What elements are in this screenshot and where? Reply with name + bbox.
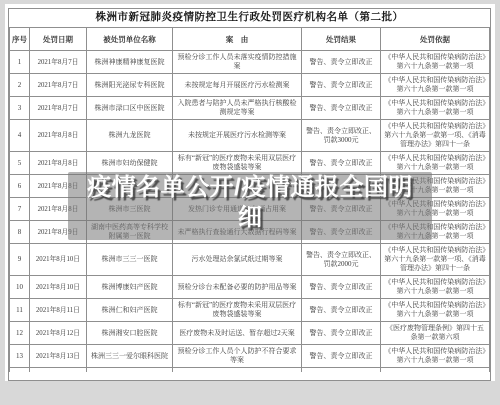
cell-date: 2021年8月12日 [30, 322, 87, 345]
cell-basis: 《中华人民共和国传染病防治法》第六十九条第一款第一项、《消毒管理办法》第四十一条 [381, 244, 490, 276]
cell-date: 2021年8月8日 [30, 198, 87, 221]
cell-date: 2021年8月7日 [30, 97, 87, 120]
cell-unit: 株洲市妇幼保健院 [87, 152, 173, 175]
cell-no: 1 [10, 51, 30, 74]
cell-empty [302, 368, 381, 373]
cell-case: 预检分诊台未配备必要的防护用品等案 [173, 276, 302, 299]
cell-date: 2021年8月8日 [30, 175, 87, 198]
table-row: 52021年8月8日株洲市妇幼保健院标有“新冠”的医疗废物未采用双层医疗废物袋盛… [10, 152, 490, 175]
cell-date: 2021年8月8日 [30, 152, 87, 175]
penalty-table: 序号处罚日期被处罚单位名称案 由处罚结果处罚依据 12021年8月7日株洲神康精… [9, 27, 490, 372]
cell-case: 标有“新冠”的医疗废物未采用双层医疗废物袋盛装等案 [173, 299, 302, 322]
cell-unit: 株洲市三三一医院 [87, 244, 173, 276]
cell-case: 未按规定开展医疗污水检测等案 [173, 120, 302, 152]
cell-date: 2021年8月10日 [30, 276, 87, 299]
cell-no: 4 [10, 120, 30, 152]
cell-basis: 《医疗废物管理条例》第四十五条第一款第六项 [381, 322, 490, 345]
cell-unit: 株洲市三医院 [87, 198, 173, 221]
cell-date: 2021年8月7日 [30, 74, 87, 97]
table-row: 42021年8月8日株洲九龙医院未按规定开展医疗污水检测等案警告、责令立即改正、… [10, 120, 490, 152]
cell-empty [173, 368, 302, 373]
cell-empty [381, 368, 490, 373]
cell-case: 预检分诊工作人员个人防护不符合要求等案 [173, 345, 302, 368]
table-row: 72021年8月8日株洲市三医院发热门诊专用通道被车辆占用案警告、责令立即改正《… [10, 198, 490, 221]
cell-unit: 湖南中医药高等专科学校附属第一医院 [87, 221, 173, 244]
cell-result: 警告、责令立即改正、罚款2000元 [302, 244, 381, 276]
cell-case: 未按规定每月开展医疗污水检测案 [173, 74, 302, 97]
table-header-row: 序号处罚日期被处罚单位名称案 由处罚结果处罚依据 [10, 28, 490, 51]
cell-no: 9 [10, 244, 30, 276]
cell-no: 11 [10, 299, 30, 322]
cell-result [302, 175, 381, 198]
cell-case [173, 175, 302, 198]
cell-basis: 《中华人民共和国传染病防治法》第六十九条第一款第一项 [381, 152, 490, 175]
cell-result: 警告、责令立即改正、罚款3000元 [302, 120, 381, 152]
cell-result: 警告、责令立即改正 [302, 299, 381, 322]
column-header-date: 处罚日期 [30, 28, 87, 51]
cell-basis: 《中华人民共和国传染病防治法》第六十九条第一款第一项 [381, 299, 490, 322]
cell-result: 警告、责令立即改正 [302, 276, 381, 299]
column-header-unit: 被处罚单位名称 [87, 28, 173, 51]
cell-case: 发热门诊专用通道被车辆占用案 [173, 198, 302, 221]
cell-no: 13 [10, 345, 30, 368]
column-header-no: 序号 [10, 28, 30, 51]
cell-basis: 《中华人民共和国传染病防治法》第六十九条第一款第一项 [381, 175, 490, 198]
cell-unit: 株洲仁和妇产医院 [87, 299, 173, 322]
table-row-stub [10, 368, 490, 373]
table-row: 132021年8月13日株洲三三一爱尔眼科医院预检分诊工作人员个人防护不符合要求… [10, 345, 490, 368]
cell-no: 6 [10, 175, 30, 198]
cell-no: 7 [10, 198, 30, 221]
cell-unit: 株洲三三一爱尔眼科医院 [87, 345, 173, 368]
document-title: 株洲市新冠肺炎疫情防控卫生行政处罚医疗机构名单（第二批） [9, 9, 490, 27]
cell-result: 警告、责令立即改正 [302, 97, 381, 120]
table-row: 102021年8月10日株洲博康妇产医院预检分诊台未配备必要的防护用品等案警告、… [10, 276, 490, 299]
cell-unit: 株洲神康精神康复医院 [87, 51, 173, 74]
table-row: 22021年8月7日株洲阳光泌尿专科医院未按规定每月开展医疗污水检测案警告、责令… [10, 74, 490, 97]
cell-basis: 《中华人民共和国传染病防治法》第六十九条第一款第一项 [381, 345, 490, 368]
cell-basis: 《中华人民共和国传染病防治法》第六十九条第一款第一项 [381, 74, 490, 97]
table-row: 92021年8月10日株洲市三三一医院污水处理站余氯试纸过期等案警告、责令立即改… [10, 244, 490, 276]
cell-basis: 《中华人民共和国传染病防治法》第六十九条第一款第一项 [381, 97, 490, 120]
cell-date: 2021年8月9日 [30, 221, 87, 244]
cell-date: 2021年8月11日 [30, 299, 87, 322]
cell-unit: 株洲市渌口区中医医院 [87, 97, 173, 120]
column-header-basis: 处罚依据 [381, 28, 490, 51]
scanned-page: 株洲市新冠肺炎疫情防控卫生行政处罚医疗机构名单（第二批） 序号处罚日期被处罚单位… [5, 4, 495, 381]
cell-date: 2021年8月7日 [30, 51, 87, 74]
cell-unit: 株洲博康妇产医院 [87, 276, 173, 299]
cell-no: 8 [10, 221, 30, 244]
column-header-case: 案 由 [173, 28, 302, 51]
cell-case: 未严格执行查验通行大数据行程码等案 [173, 221, 302, 244]
cell-no: 2 [10, 74, 30, 97]
cell-no: 12 [10, 322, 30, 345]
column-header-result: 处罚结果 [302, 28, 381, 51]
cell-case: 医疗废物未及时运送、暂存超过2天案 [173, 322, 302, 345]
table-row: 62021年8月8日《中华人民共和国传染病防治法》第六十九条第一款第一项 [10, 175, 490, 198]
table-row: 112021年8月11日株洲仁和妇产医院标有“新冠”的医疗废物未采用双层医疗废物… [10, 299, 490, 322]
cell-date: 2021年8月10日 [30, 244, 87, 276]
cell-date: 2021年8月8日 [30, 120, 87, 152]
cell-result: 警告、责令立即改正 [302, 198, 381, 221]
cell-result: 警告、责令立即改正 [302, 51, 381, 74]
cell-basis: 《中华人民共和国传染病防治法》第六十九条第一款第一项 [381, 51, 490, 74]
cell-basis: 《中华人民共和国传染病防治法》第六十九条第一款第一项 [381, 198, 490, 221]
cell-no: 10 [10, 276, 30, 299]
cell-unit: 株洲九龙医院 [87, 120, 173, 152]
cell-result: 警告、责令立即改正 [302, 74, 381, 97]
cell-basis: 《中华人民共和国传染病防治法》第六十九条第一款第一项 [381, 276, 490, 299]
table-frame: 株洲市新冠肺炎疫情防控卫生行政处罚医疗机构名单（第二批） 序号处罚日期被处罚单位… [8, 8, 491, 381]
cell-case: 入院患者与陪护人员未严格执行核酸检测规定等案 [173, 97, 302, 120]
cell-result: 警告、责令立即改正 [302, 221, 381, 244]
cell-result: 警告、责令立即改正 [302, 152, 381, 175]
cell-no: 3 [10, 97, 30, 120]
cell-unit [87, 175, 173, 198]
cell-result: 警告、责令立即改正 [302, 322, 381, 345]
cell-unit: 株洲阳光泌尿专科医院 [87, 74, 173, 97]
table-row: 122021年8月12日株洲湘安口腔医院医疗废物未及时运送、暂存超过2天案警告、… [10, 322, 490, 345]
cell-case: 预检分诊工作人员未落实疫情防控措施案 [173, 51, 302, 74]
cell-empty [30, 368, 87, 373]
table-row: 82021年8月9日湖南中医药高等专科学校附属第一医院未严格执行查验通行大数据行… [10, 221, 490, 244]
cell-basis: 《中华人民共和国传染病防治法》第六十九条第一款第一项、《消毒管理办法》第四十一条 [381, 120, 490, 152]
cell-case: 污水处理站余氯试纸过期等案 [173, 244, 302, 276]
cell-empty [10, 368, 30, 373]
cell-empty [87, 368, 173, 373]
cell-case: 标有“新冠”的医疗废物未采用双层医疗废物袋盛装等案 [173, 152, 302, 175]
table-row: 12021年8月7日株洲神康精神康复医院预检分诊工作人员未落实疫情防控措施案警告… [10, 51, 490, 74]
cell-date: 2021年8月13日 [30, 345, 87, 368]
cell-no: 5 [10, 152, 30, 175]
cell-basis: 《中华人民共和国传染病防治法》第六十九条第一款第一项 [381, 221, 490, 244]
cell-unit: 株洲湘安口腔医院 [87, 322, 173, 345]
table-row: 32021年8月7日株洲市渌口区中医医院入院患者与陪护人员未严格执行核酸检测规定… [10, 97, 490, 120]
cell-result: 警告、责令立即改正 [302, 345, 381, 368]
